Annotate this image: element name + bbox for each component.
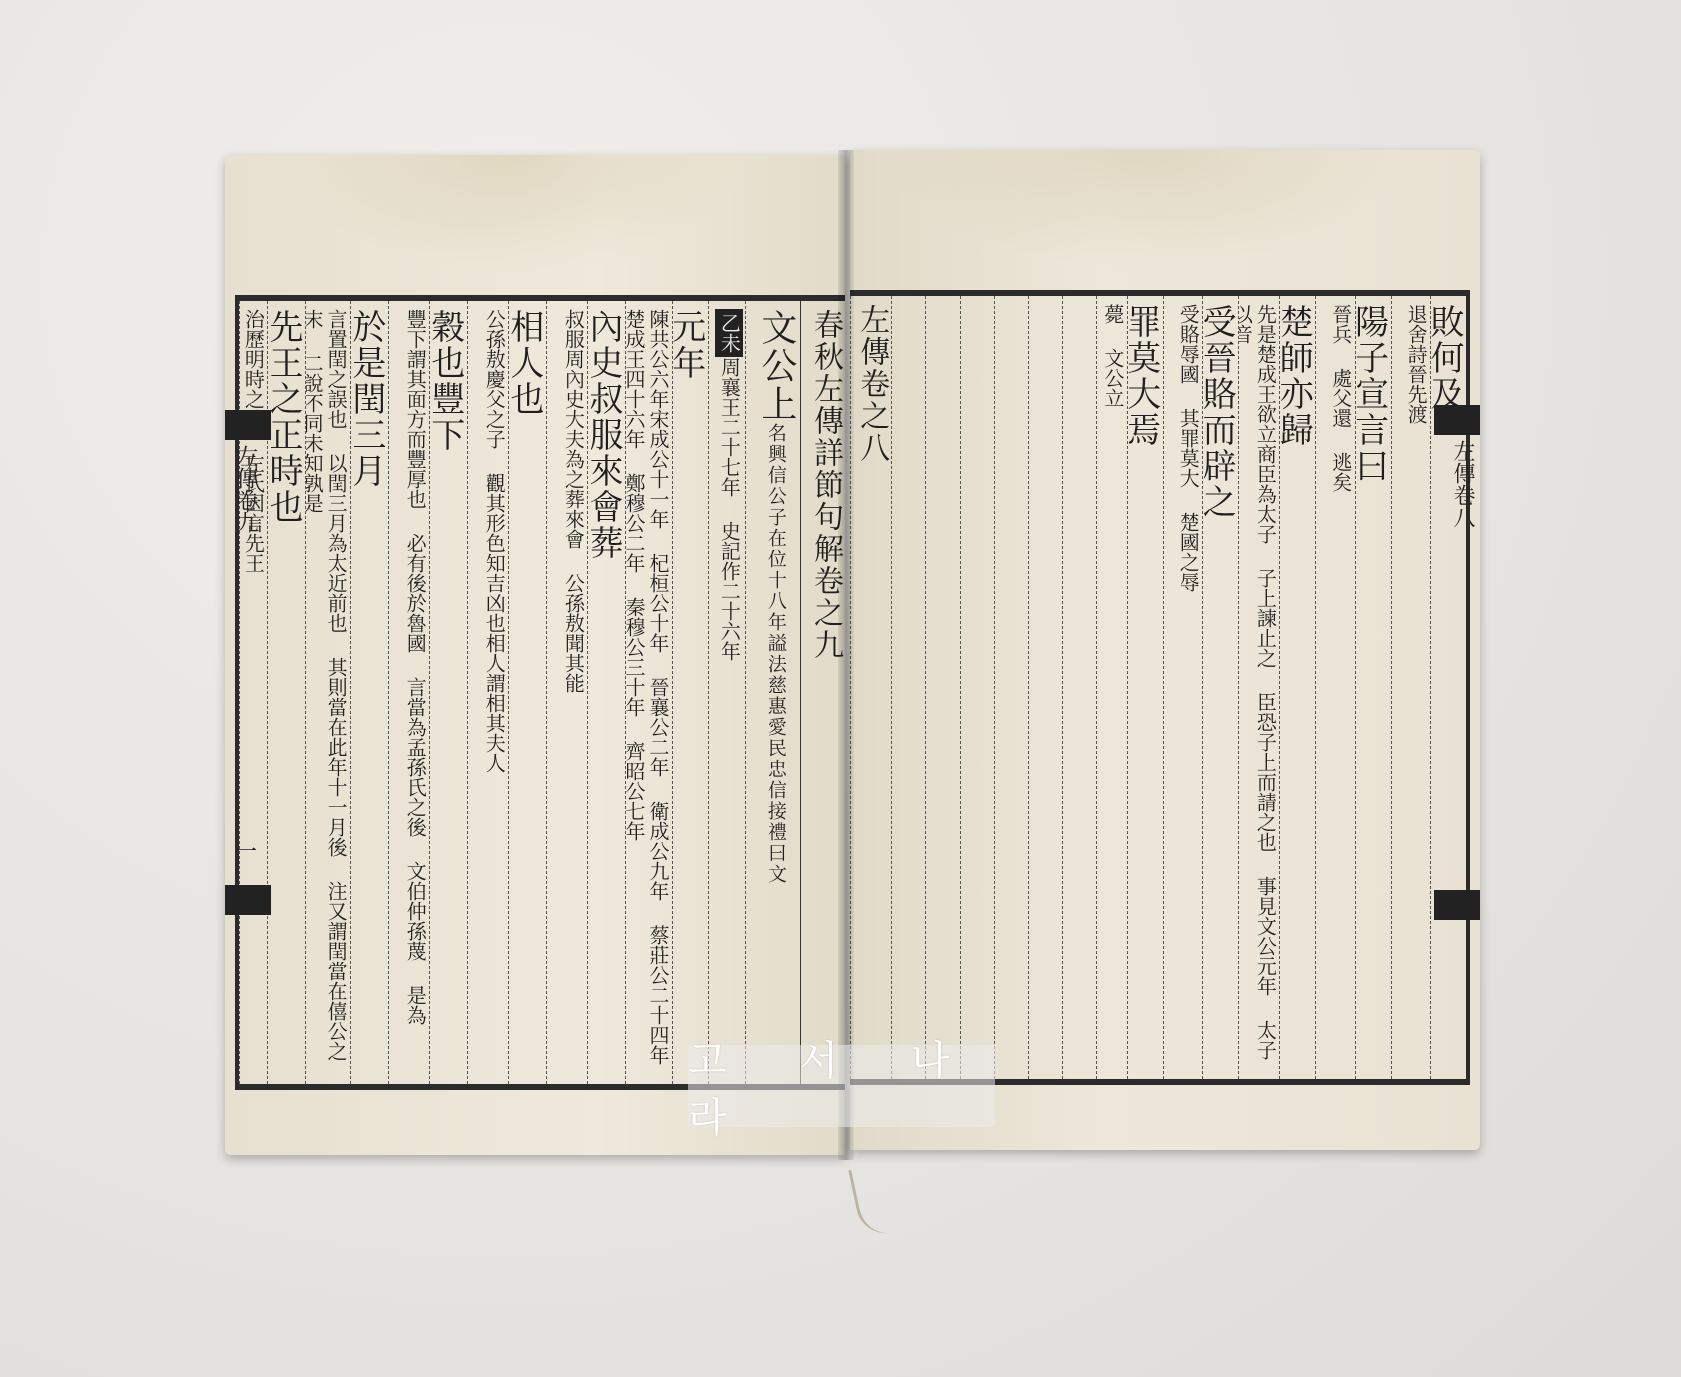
main-column: 楚師亦歸	[1279, 296, 1315, 1079]
heading-note: 名興信公子在位十八年謚法慈惠愛民忠信接禮曰文	[765, 423, 787, 885]
note-column: 退舍詩晉先渡	[1391, 296, 1430, 1079]
margin-title: 左傳卷九	[230, 445, 261, 533]
right-print-frame: 敗何及 退舍詩晉先渡 陽子宣言曰 晉兵 處父還 逃矣 楚師亦歸 先是楚成王欲立商…	[850, 290, 1470, 1085]
show-through-column	[994, 296, 1028, 1079]
volume-end-title: 左傳卷之八	[850, 296, 891, 1079]
note-column: 晉兵 處父還 逃矣	[1315, 296, 1354, 1079]
margin-title: 左傳卷八	[1447, 440, 1478, 528]
note-column: 叔服周內史大夫為之葬來會 公孫敖聞其能	[546, 301, 587, 1084]
main-column: 先王之正時也	[267, 301, 305, 1084]
show-through-column	[925, 296, 959, 1079]
year-column: 乙未周襄王二十七年 史記作二十六年	[708, 301, 746, 1084]
note-column: 言置閏之誤也 以閏三月為太近前也 其則當在此年十一月後 注又謂閏當在僖公之末 二…	[305, 301, 350, 1084]
note-column: 先是楚成王欲立商臣為太子 子上諫止之 臣恐子上而請之也 事見文公元年 太子 以音	[1238, 296, 1279, 1079]
main-column: 相人也	[508, 301, 546, 1084]
show-through-column	[1062, 296, 1096, 1079]
book-gutter	[838, 150, 854, 1160]
fishtail-mark-bottom	[1434, 890, 1480, 920]
main-column: 陽子宣言曰	[1355, 296, 1391, 1079]
water-stain	[880, 150, 1400, 270]
note-column: 豐下謂其面方而豐厚也 必有後於魯國 言當為孟孫氏之後 文伯仲孫蔑 是為	[388, 301, 429, 1084]
watermark: 고 서 나 라	[688, 1045, 995, 1127]
note-column: 陳共公六年宋成公十一年 杞桓公十年 晉襄公二年 衛成公九年 蔡莊公二十四年 楚成…	[625, 301, 672, 1084]
main-column: 於是閏三月	[350, 301, 388, 1084]
year-note: 周襄王二十七年 史記作二十六年	[717, 357, 741, 661]
main-column: 穀也豐下	[429, 301, 467, 1084]
show-through-column	[1028, 296, 1062, 1079]
fishtail-mark-top	[1434, 405, 1480, 435]
show-through-column	[891, 296, 925, 1079]
water-stain	[285, 155, 745, 275]
main-column: 元年	[672, 301, 708, 1084]
main-column: 罪莫大焉	[1127, 296, 1163, 1079]
left-columns: 春秋左傳詳節句解卷之九 文公上名興信公子在位十八年謚法慈惠愛民忠信接禮曰文 乙未…	[239, 301, 845, 1084]
heading-text: 文公上	[756, 309, 797, 423]
page-number: 一	[235, 835, 257, 866]
show-through-column	[960, 296, 994, 1079]
note-column: 薨 文公立	[1096, 296, 1127, 1079]
right-columns: 敗何及 退舍詩晉先渡 陽子宣言曰 晉兵 處父還 逃矣 楚師亦歸 先是楚成王欲立商…	[850, 296, 1466, 1079]
fishtail-mark-top	[225, 410, 271, 440]
right-page: 敗何及 退舍詩晉先渡 陽子宣言曰 晉兵 處父還 逃矣 楚師亦歸 先是楚成王欲立商…	[850, 150, 1480, 1150]
fishtail-mark-bottom	[225, 885, 271, 915]
left-print-frame: 春秋左傳詳節句解卷之九 文公上名興信公子在位十八年謚法慈惠愛民忠信接禮曰文 乙未…	[235, 295, 845, 1090]
left-page: 春秋左傳詳節句解卷之九 文公上名興信公子在位十八年謚法慈惠愛民忠信接禮曰文 乙未…	[225, 155, 845, 1155]
heading-column: 文公上名興信公子在位十八年謚法慈惠愛民忠信接禮曰文	[745, 301, 799, 1084]
main-column: 受晉賂而辟之	[1202, 296, 1238, 1079]
note-column: 公孫敖慶父之子 觀其形色知吉凶也相人謂相其夫人	[467, 301, 508, 1084]
main-column: 內史叔服來會葬	[587, 301, 625, 1084]
note-column: 受賂辱國 其罪莫大 楚國之辱	[1163, 296, 1202, 1079]
year-badge: 乙未	[715, 309, 743, 357]
